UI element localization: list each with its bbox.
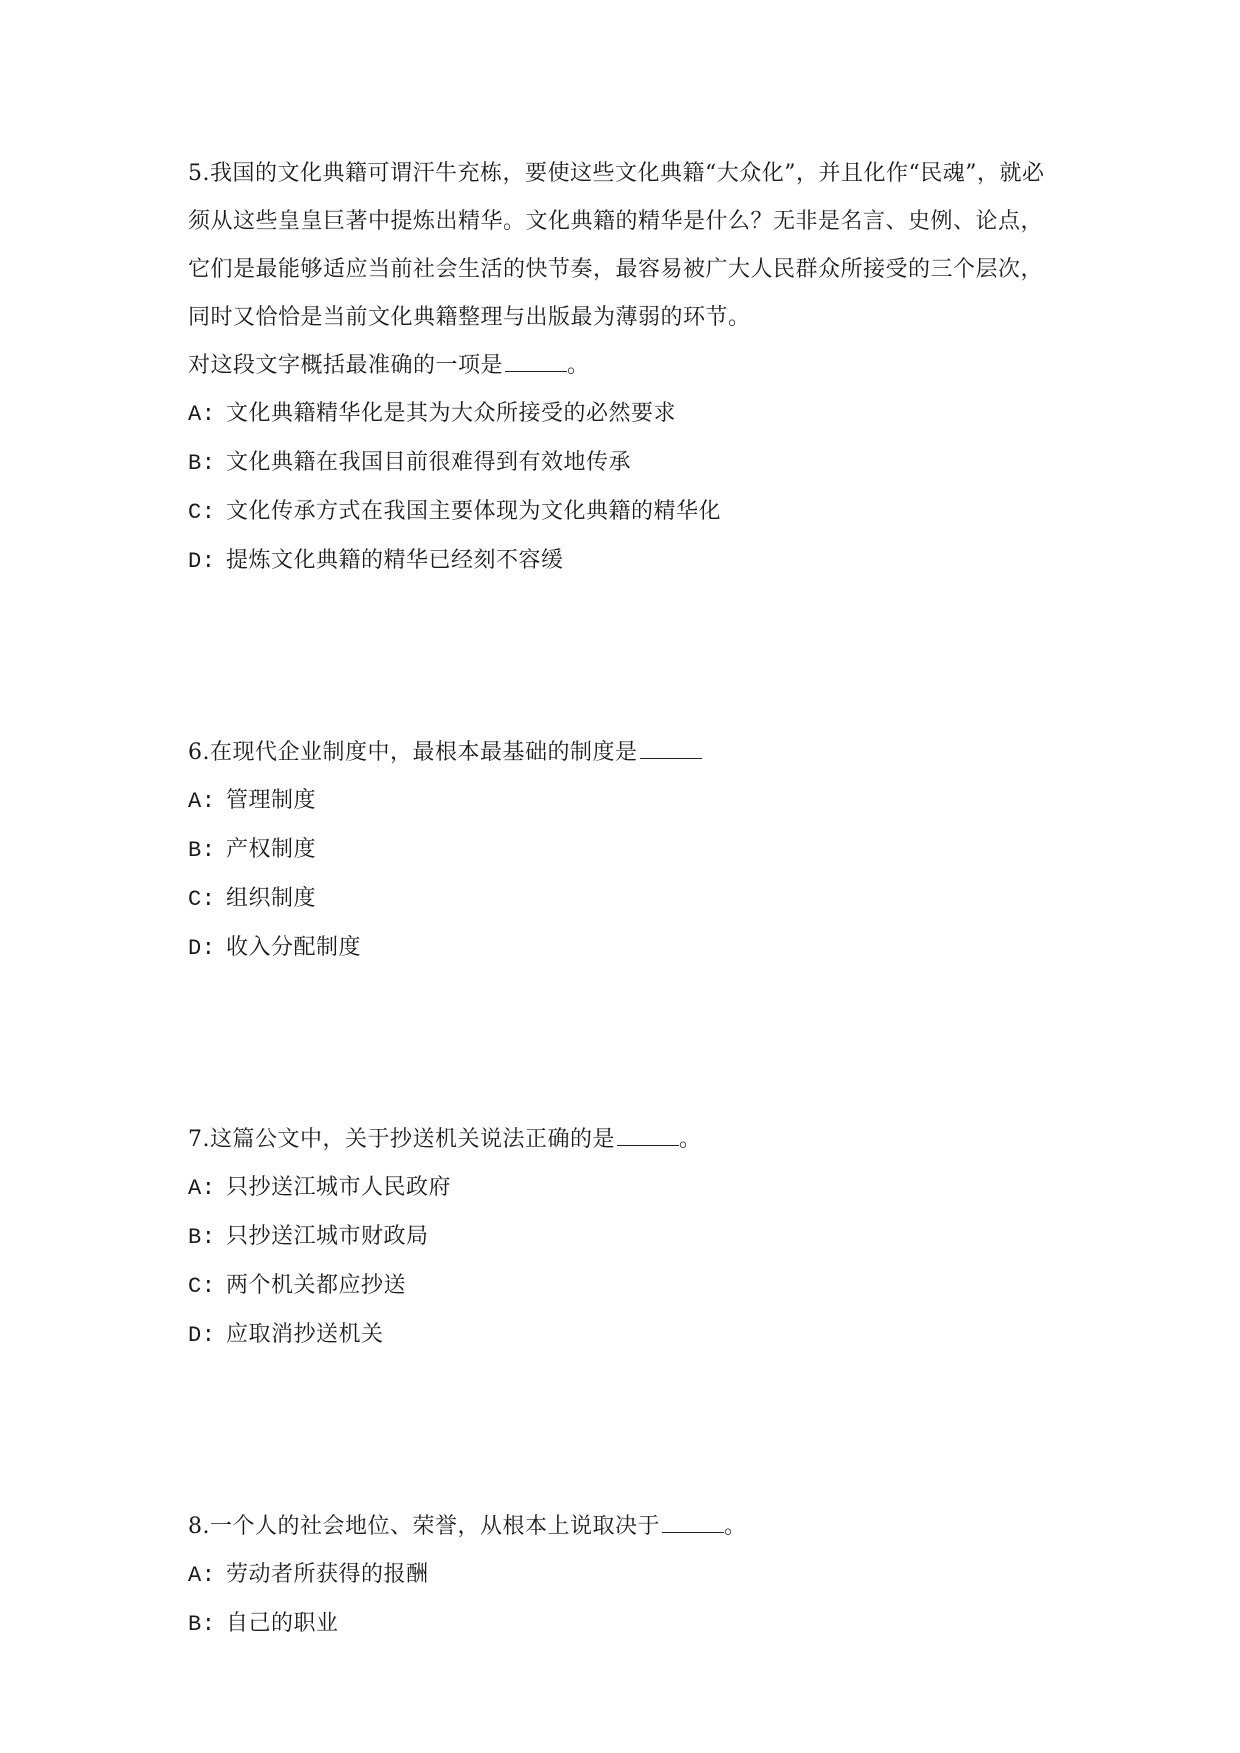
option-key: B: (188, 440, 226, 488)
exam-page: 5.我国的文化典籍可谓汗牛充栋，要使这些文化典籍“大众化”，并且化作“民魂”，就… (188, 150, 1058, 1649)
prompt-suffix: 。 (567, 353, 590, 378)
question-6: 6.在现代企业制度中，最根本最基础的制度是 A:管理制度 B:产权制度 C:组织… (188, 729, 1058, 973)
option-key: B: (188, 1601, 226, 1649)
question-8: 8.一个人的社会地位、荣誉，从根本上说取决于。 A:劳动者所获得的报酬 B:自己… (188, 1503, 1058, 1649)
option-d: D:收入分配制度 (188, 924, 1058, 973)
question-spacer (188, 586, 1058, 729)
option-text: 文化典籍精华化是其为大众所接受的必然要求 (226, 401, 676, 426)
question-stem: 7.这篇公文中，关于抄送机关说法正确的是。 (188, 1116, 1058, 1164)
option-b: B:只抄送江城市财政局 (188, 1213, 1058, 1262)
question-text: 这篇公文中，关于抄送机关说法正确的是 (210, 1127, 615, 1152)
question-spacer (188, 1360, 1058, 1503)
answer-blank (640, 740, 702, 759)
option-a: A:劳动者所获得的报酬 (188, 1551, 1058, 1600)
question-text: 我国的文化典籍可谓汗牛充栋，要使这些文化典籍“大众化”，并且化作“民魂”，就必须… (188, 161, 1045, 330)
question-stem: 6.在现代企业制度中，最根本最基础的制度是 (188, 729, 1058, 777)
prompt-text: 对这段文字概括最准确的一项是 (188, 353, 503, 378)
option-text: 提炼文化典籍的精华已经刻不容缓 (226, 548, 564, 573)
answer-blank (662, 1514, 724, 1533)
option-key: B: (188, 1214, 226, 1262)
option-text: 收入分配制度 (226, 935, 361, 960)
question-number: 8. (188, 1514, 210, 1539)
option-text: 文化传承方式在我国主要体现为文化典籍的精华化 (226, 499, 721, 524)
option-key: D: (188, 1312, 226, 1360)
option-text: 产权制度 (226, 837, 316, 862)
option-key: C: (188, 876, 226, 924)
stem-suffix: 。 (679, 1127, 702, 1152)
question-number: 5. (188, 161, 210, 186)
option-text: 只抄送江城市财政局 (226, 1224, 429, 1249)
stem-suffix: 。 (724, 1514, 747, 1539)
option-key: D: (188, 538, 226, 586)
question-spacer (188, 973, 1058, 1116)
option-a: A:管理制度 (188, 777, 1058, 826)
option-c: C:组织制度 (188, 875, 1058, 924)
option-a: A:只抄送江城市人民政府 (188, 1164, 1058, 1213)
option-text: 只抄送江城市人民政府 (226, 1175, 451, 1200)
option-key: A: (188, 1552, 226, 1600)
option-d: D:提炼文化典籍的精华已经刻不容缓 (188, 537, 1058, 586)
option-text: 两个机关都应抄送 (226, 1273, 406, 1298)
option-b: B:文化典籍在我国目前很难得到有效地传承 (188, 439, 1058, 488)
question-text: 在现代企业制度中，最根本最基础的制度是 (210, 740, 638, 765)
option-text: 劳动者所获得的报酬 (226, 1562, 429, 1587)
question-stem: 5.我国的文化典籍可谓汗牛充栋，要使这些文化典籍“大众化”，并且化作“民魂”，就… (188, 150, 1058, 342)
question-7: 7.这篇公文中，关于抄送机关说法正确的是。 A:只抄送江城市人民政府 B:只抄送… (188, 1116, 1058, 1360)
option-text: 自己的职业 (226, 1611, 339, 1636)
option-text: 管理制度 (226, 788, 316, 813)
question-prompt: 对这段文字概括最准确的一项是。 (188, 342, 1058, 390)
question-5: 5.我国的文化典籍可谓汗牛充栋，要使这些文化典籍“大众化”，并且化作“民魂”，就… (188, 150, 1058, 586)
option-key: A: (188, 391, 226, 439)
option-b: B:产权制度 (188, 826, 1058, 875)
answer-blank (505, 353, 567, 372)
option-a: A:文化典籍精华化是其为大众所接受的必然要求 (188, 390, 1058, 439)
answer-blank (617, 1127, 679, 1146)
question-number: 6. (188, 740, 210, 765)
option-text: 文化典籍在我国目前很难得到有效地传承 (226, 450, 631, 475)
option-b: B:自己的职业 (188, 1600, 1058, 1649)
option-key: B: (188, 827, 226, 875)
option-key: C: (188, 1263, 226, 1311)
option-text: 应取消抄送机关 (226, 1322, 384, 1347)
option-c: C:文化传承方式在我国主要体现为文化典籍的精华化 (188, 488, 1058, 537)
option-key: C: (188, 489, 226, 537)
option-key: A: (188, 1165, 226, 1213)
option-text: 组织制度 (226, 886, 316, 911)
option-c: C:两个机关都应抄送 (188, 1262, 1058, 1311)
option-key: A: (188, 778, 226, 826)
question-text: 一个人的社会地位、荣誉，从根本上说取决于 (210, 1514, 660, 1539)
question-stem: 8.一个人的社会地位、荣誉，从根本上说取决于。 (188, 1503, 1058, 1551)
option-d: D:应取消抄送机关 (188, 1311, 1058, 1360)
question-number: 7. (188, 1127, 210, 1152)
option-key: D: (188, 925, 226, 973)
